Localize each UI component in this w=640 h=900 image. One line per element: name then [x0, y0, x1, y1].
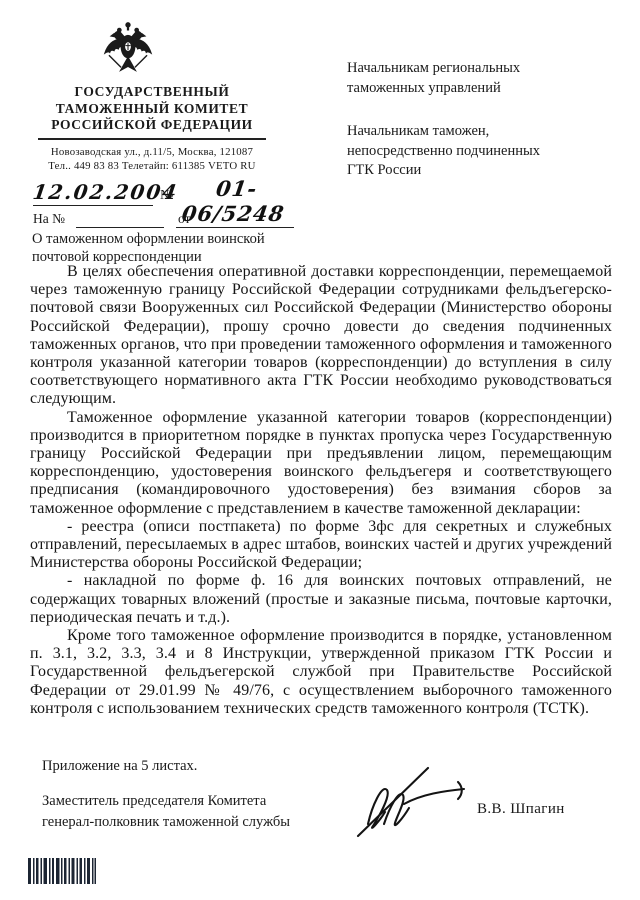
recipient-group-2: Начальникам таможен, непосредственно под…: [347, 122, 617, 181]
body-list-item-1: - реестра (описи постпакета) по форме 3ф…: [30, 518, 612, 573]
org-name-line3: РОССИЙСКОЙ ФЕДЕРАЦИИ: [24, 117, 280, 134]
reply-from-label: от: [178, 211, 190, 227]
recipient2-line2: непосредственно подчиненных: [347, 142, 617, 162]
letter-body: В целях обеспечения оперативной доставки…: [30, 263, 612, 718]
letterhead-divider: [38, 138, 266, 140]
reply-date-blank-line: [200, 227, 284, 228]
body-paragraph-1: В целях обеспечения оперативной доставки…: [30, 263, 612, 409]
outgoing-date-field: 12.02.2004: [33, 180, 153, 206]
address-line1: Новозаводская ул., д.11/5, Москва, 12108…: [24, 146, 280, 160]
signature-scribble-icon: [352, 760, 474, 838]
org-name-line1: ГОСУДАРСТВЕННЫЙ: [24, 84, 280, 101]
signer-title-line2: генерал-полковник таможенной службы: [42, 812, 352, 833]
recipient2-line1: Начальникам таможен,: [347, 122, 617, 142]
body-paragraph-3: Кроме того таможенное оформление произво…: [30, 627, 612, 718]
org-name-line2: ТАМОЖЕННЫЙ КОМИТЕТ: [24, 101, 280, 118]
reply-number-blank-line: [76, 227, 164, 228]
org-name: ГОСУДАРСТВЕННЫЙ ТАМОЖЕННЫЙ КОМИТЕТ РОССИ…: [24, 84, 280, 134]
barcode: [28, 858, 96, 884]
signer-name: В.В. Шпагин: [477, 801, 565, 818]
reply-to-label: На №: [33, 211, 65, 227]
recipient-group-1: Начальникам региональных таможенных упра…: [347, 59, 617, 98]
handwritten-date: 12.02.2004: [31, 180, 180, 204]
org-address: Новозаводская ул., д.11/5, Москва, 12108…: [24, 146, 280, 173]
subject-line: О таможенном оформлении воинской почтово…: [32, 230, 342, 266]
signer-title-line1: Заместитель председателя Комитета: [42, 791, 352, 812]
body-paragraph-2: Таможенное оформление указанной категори…: [30, 409, 612, 518]
attachment-note: Приложение на 5 листах.: [42, 758, 197, 775]
address-line2: Тел.. 449 83 83 Телетайп: 611385 VETO RU: [24, 160, 280, 174]
number-sign: №: [160, 188, 173, 204]
coat-of-arms-icon: [102, 20, 154, 80]
subject-line1: О таможенном оформлении воинской: [32, 230, 342, 248]
recipients-block: Начальникам региональных таможенных упра…: [347, 59, 617, 181]
scanned-letter-page: ГОСУДАРСТВЕННЫЙ ТАМОЖЕННЫЙ КОМИТЕТ РОССИ…: [0, 0, 640, 900]
body-list-item-2: - накладной по форме ф. 16 для воинских …: [30, 572, 612, 627]
outgoing-number-field: 01-06/5248: [176, 176, 294, 228]
recipient1-line2: таможенных управлений: [347, 79, 617, 99]
recipient1-line1: Начальникам региональных: [347, 59, 617, 79]
signer-title: Заместитель председателя Комитета генера…: [42, 791, 352, 833]
recipient2-line3: ГТК России: [347, 161, 617, 181]
handwritten-number: 01-06/5248: [172, 176, 297, 226]
